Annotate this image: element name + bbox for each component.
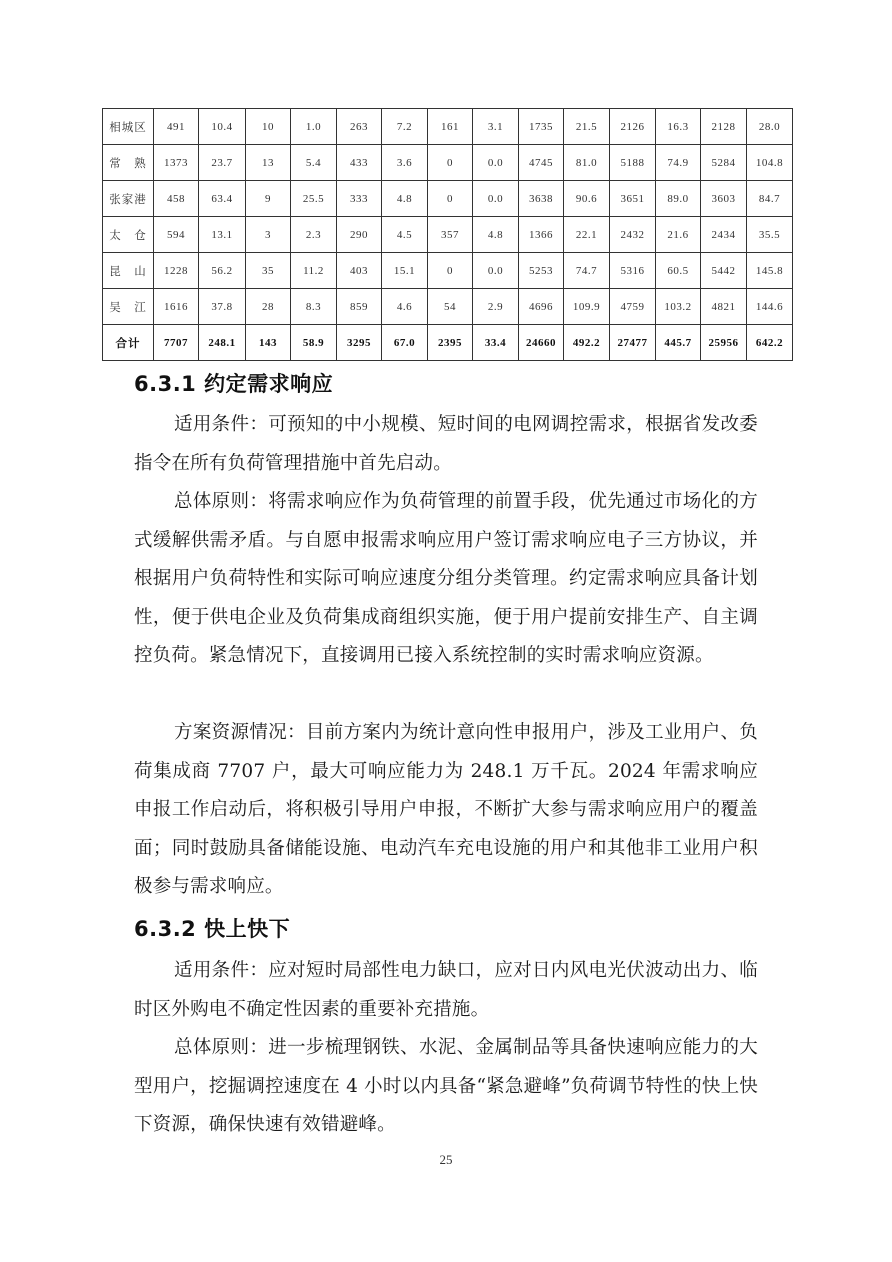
value-cell: 1373 bbox=[154, 145, 199, 181]
region-cell: 吴 江 bbox=[103, 289, 154, 325]
value-cell: 63.4 bbox=[199, 181, 246, 217]
value-cell: 2.9 bbox=[473, 289, 519, 325]
value-cell: 7.2 bbox=[382, 109, 428, 145]
value-cell: 0 bbox=[428, 145, 473, 181]
value-cell: 28 bbox=[246, 289, 291, 325]
value-cell: 3295 bbox=[337, 325, 382, 361]
value-cell: 0.0 bbox=[473, 181, 519, 217]
table-row: 昆 山122856.23511.240315.100.0525374.75316… bbox=[103, 253, 793, 289]
value-cell: 2126 bbox=[610, 109, 656, 145]
value-cell: 27477 bbox=[610, 325, 656, 361]
table-row: 吴 江161637.8288.38594.6542.94696109.94759… bbox=[103, 289, 793, 325]
region-cell: 常 熟 bbox=[103, 145, 154, 181]
value-cell: 7707 bbox=[154, 325, 199, 361]
value-cell: 5284 bbox=[701, 145, 747, 181]
value-cell: 28.0 bbox=[747, 109, 793, 145]
value-cell: 21.5 bbox=[564, 109, 610, 145]
paragraph-resource-status: 方案资源情况：目前方案内为统计意向性申报用户，涉及工业用户、负荷集成商 7707… bbox=[134, 714, 758, 907]
value-cell: 3 bbox=[246, 217, 291, 253]
value-cell: 0.0 bbox=[473, 253, 519, 289]
value-cell: 58.9 bbox=[291, 325, 337, 361]
value-cell: 10.4 bbox=[199, 109, 246, 145]
value-cell: 22.1 bbox=[564, 217, 610, 253]
page-number: 25 bbox=[0, 1152, 892, 1168]
paragraph-applicable-conditions-2: 适用条件：应对短时局部性电力缺口，应对日内风电光伏波动出力、临时区外购电不确定性… bbox=[134, 952, 758, 1029]
value-cell: 24660 bbox=[519, 325, 564, 361]
value-cell: 143 bbox=[246, 325, 291, 361]
value-cell: 10 bbox=[246, 109, 291, 145]
value-cell: 109.9 bbox=[564, 289, 610, 325]
value-cell: 37.8 bbox=[199, 289, 246, 325]
table-row: 张家港45863.4925.53334.800.0363890.6365189.… bbox=[103, 181, 793, 217]
paragraph-general-principles: 总体原则：将需求响应作为负荷管理的前置手段，优先通过市场化的方式缓解供需矛盾。与… bbox=[134, 483, 758, 676]
value-cell: 74.7 bbox=[564, 253, 610, 289]
value-cell: 161 bbox=[428, 109, 473, 145]
value-cell: 491 bbox=[154, 109, 199, 145]
value-cell: 5442 bbox=[701, 253, 747, 289]
value-cell: 33.4 bbox=[473, 325, 519, 361]
value-cell: 9 bbox=[246, 181, 291, 217]
value-cell: 3603 bbox=[701, 181, 747, 217]
table-row: 相城区49110.4101.02637.21613.1173521.521261… bbox=[103, 109, 793, 145]
value-cell: 357 bbox=[428, 217, 473, 253]
value-cell: 445.7 bbox=[656, 325, 701, 361]
value-cell: 15.1 bbox=[382, 253, 428, 289]
value-cell: 403 bbox=[337, 253, 382, 289]
section-heading-6-3-1: 6.3.1 约定需求响应 bbox=[134, 368, 333, 398]
region-cell: 相城区 bbox=[103, 109, 154, 145]
value-cell: 5253 bbox=[519, 253, 564, 289]
value-cell: 3.1 bbox=[473, 109, 519, 145]
value-cell: 4.8 bbox=[382, 181, 428, 217]
value-cell: 2395 bbox=[428, 325, 473, 361]
value-cell: 25956 bbox=[701, 325, 747, 361]
value-cell: 145.8 bbox=[747, 253, 793, 289]
value-cell: 13 bbox=[246, 145, 291, 181]
value-cell: 4821 bbox=[701, 289, 747, 325]
value-cell: 3638 bbox=[519, 181, 564, 217]
paragraph-general-principles-2: 总体原则：进一步梳理钢铁、水泥、金属制品等具备快速响应能力的大型用户，挖掘调控速… bbox=[134, 1029, 758, 1145]
region-cell: 张家港 bbox=[103, 181, 154, 217]
value-cell: 2128 bbox=[701, 109, 747, 145]
value-cell: 4.8 bbox=[473, 217, 519, 253]
value-cell: 2434 bbox=[701, 217, 747, 253]
value-cell: 104.8 bbox=[747, 145, 793, 181]
value-cell: 492.2 bbox=[564, 325, 610, 361]
region-cell: 昆 山 bbox=[103, 253, 154, 289]
value-cell: 35 bbox=[246, 253, 291, 289]
value-cell: 67.0 bbox=[382, 325, 428, 361]
value-cell: 1735 bbox=[519, 109, 564, 145]
value-cell: 23.7 bbox=[199, 145, 246, 181]
value-cell: 103.2 bbox=[656, 289, 701, 325]
value-cell: 21.6 bbox=[656, 217, 701, 253]
section-heading-6-3-2: 6.3.2 快上快下 bbox=[134, 913, 290, 943]
table-row: 常 熟137323.7135.44333.600.0474581.0518874… bbox=[103, 145, 793, 181]
value-cell: 248.1 bbox=[199, 325, 246, 361]
value-cell: 0.0 bbox=[473, 145, 519, 181]
value-cell: 84.7 bbox=[747, 181, 793, 217]
value-cell: 2.3 bbox=[291, 217, 337, 253]
value-cell: 4759 bbox=[610, 289, 656, 325]
value-cell: 1228 bbox=[154, 253, 199, 289]
value-cell: 642.2 bbox=[747, 325, 793, 361]
paragraph-applicable-conditions: 适用条件：可预知的中小规模、短时间的电网调控需求，根据省发改委指令在所有负荷管理… bbox=[134, 406, 758, 483]
value-cell: 90.6 bbox=[564, 181, 610, 217]
value-cell: 54 bbox=[428, 289, 473, 325]
region-cell: 合计 bbox=[103, 325, 154, 361]
value-cell: 11.2 bbox=[291, 253, 337, 289]
value-cell: 144.6 bbox=[747, 289, 793, 325]
value-cell: 2432 bbox=[610, 217, 656, 253]
region-cell: 太 仓 bbox=[103, 217, 154, 253]
value-cell: 4745 bbox=[519, 145, 564, 181]
value-cell: 290 bbox=[337, 217, 382, 253]
value-cell: 13.1 bbox=[199, 217, 246, 253]
value-cell: 4.6 bbox=[382, 289, 428, 325]
value-cell: 60.5 bbox=[656, 253, 701, 289]
value-cell: 0 bbox=[428, 181, 473, 217]
value-cell: 458 bbox=[154, 181, 199, 217]
value-cell: 25.5 bbox=[291, 181, 337, 217]
value-cell: 5188 bbox=[610, 145, 656, 181]
value-cell: 3651 bbox=[610, 181, 656, 217]
value-cell: 4696 bbox=[519, 289, 564, 325]
value-cell: 89.0 bbox=[656, 181, 701, 217]
value-cell: 1.0 bbox=[291, 109, 337, 145]
value-cell: 8.3 bbox=[291, 289, 337, 325]
load-management-table: 相城区49110.4101.02637.21613.1173521.521261… bbox=[102, 108, 793, 361]
value-cell: 1616 bbox=[154, 289, 199, 325]
value-cell: 859 bbox=[337, 289, 382, 325]
value-cell: 3.6 bbox=[382, 145, 428, 181]
value-cell: 263 bbox=[337, 109, 382, 145]
value-cell: 56.2 bbox=[199, 253, 246, 289]
value-cell: 74.9 bbox=[656, 145, 701, 181]
value-cell: 35.5 bbox=[747, 217, 793, 253]
value-cell: 4.5 bbox=[382, 217, 428, 253]
value-cell: 16.3 bbox=[656, 109, 701, 145]
value-cell: 5.4 bbox=[291, 145, 337, 181]
value-cell: 81.0 bbox=[564, 145, 610, 181]
value-cell: 594 bbox=[154, 217, 199, 253]
value-cell: 0 bbox=[428, 253, 473, 289]
value-cell: 5316 bbox=[610, 253, 656, 289]
value-cell: 1366 bbox=[519, 217, 564, 253]
value-cell: 333 bbox=[337, 181, 382, 217]
value-cell: 433 bbox=[337, 145, 382, 181]
table-row: 太 仓59413.132.32904.53574.8136622.1243221… bbox=[103, 217, 793, 253]
table-total-row: 合计7707248.114358.9329567.0239533.4246604… bbox=[103, 325, 793, 361]
document-page: 相城区49110.4101.02637.21613.1173521.521261… bbox=[0, 0, 892, 1262]
